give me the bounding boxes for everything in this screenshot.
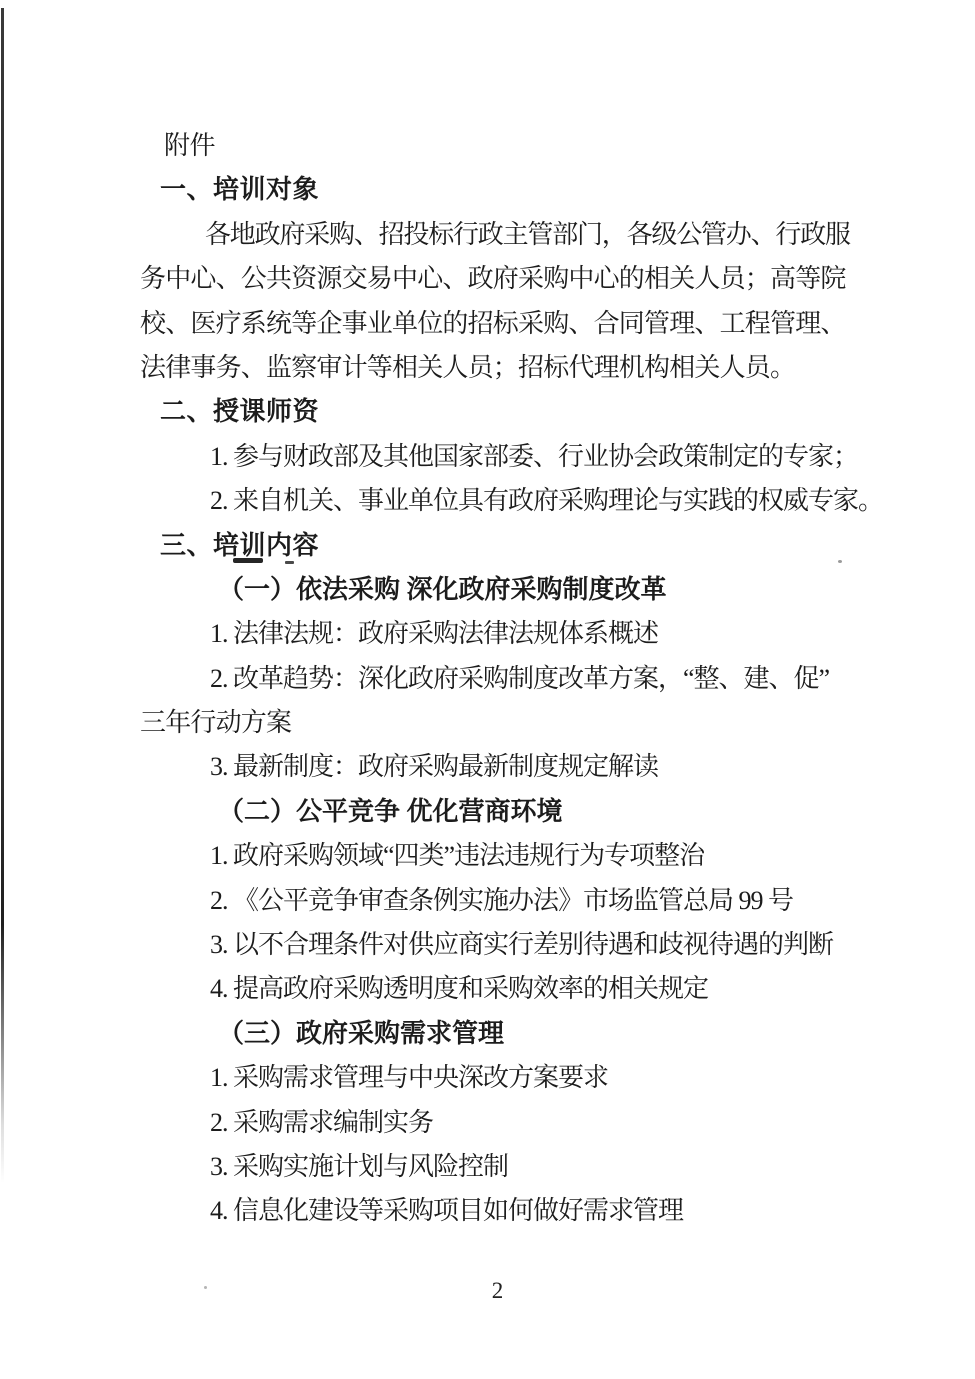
text-line: 2. 《公平竞争审查条例实施办法》市场监管总局 99 号 bbox=[210, 879, 975, 923]
text-line: 2. 采购需求编制实务 bbox=[210, 1101, 975, 1145]
text-line: 2. 改革趋势：深化政府采购制度改革方案，“整、建、促” bbox=[210, 657, 975, 701]
text-line: 1. 采购需求管理与中央深改方案要求 bbox=[210, 1056, 975, 1100]
text-line: 务中心、公共资源交易中心、政府采购中心的相关人员；高等院 bbox=[140, 257, 975, 301]
text-line: （二）公平竞争 优化营商环境 bbox=[218, 790, 975, 834]
text-line: 1. 政府采购领域“四类”违法违规行为专项整治 bbox=[210, 834, 975, 878]
text-line: 校、医疗系统等企事业单位的招标采购、合同管理、工程管理、 bbox=[140, 302, 975, 346]
scanned-document-page: 附件一、培训对象各地政府采购、招投标行政主管部门，各级公管办、行政服务中心、公共… bbox=[0, 0, 975, 1379]
text-line: （一）依法采购 深化政府采购制度改革 bbox=[218, 568, 975, 612]
text-line: 各地政府采购、招投标行政主管部门，各级公管办、行政服 bbox=[205, 213, 975, 257]
page-number: 2 bbox=[10, 1277, 975, 1305]
text-line: 3. 最新制度：政府采购最新制度规定解读 bbox=[210, 745, 975, 789]
text-line: 4. 提高政府采购透明度和采购效率的相关规定 bbox=[210, 967, 975, 1011]
ink-smudge-dash bbox=[233, 558, 263, 563]
text-line: 附件 bbox=[164, 124, 975, 168]
text-line: 2. 来自机关、事业单位具有政府采购理论与实践的权威专家。 bbox=[210, 479, 975, 523]
text-line: （三）政府采购需求管理 bbox=[218, 1012, 975, 1056]
text-line: 4. 信息化建设等采购项目如何做好需求管理 bbox=[210, 1189, 975, 1233]
text-line: 三、培训内容 bbox=[160, 524, 975, 568]
scan-speck bbox=[838, 560, 842, 563]
text-line: 一、培训对象 bbox=[160, 168, 975, 212]
text-line: 1. 法律法规：政府采购法律法规体系概述 bbox=[210, 612, 975, 656]
ink-smudge-dot bbox=[285, 561, 294, 564]
text-line: 二、授课师资 bbox=[160, 390, 975, 434]
text-line: 三年行动方案 bbox=[140, 701, 975, 745]
text-line: 1. 参与财政部及其他国家部委、行业协会政策制定的专家； bbox=[210, 435, 975, 479]
text-line: 3. 采购实施计划与风险控制 bbox=[210, 1145, 975, 1189]
text-line: 3. 以不合理条件对供应商实行差别待遇和歧视待遇的判断 bbox=[210, 923, 975, 967]
text-line: 法律事务、监察审计等相关人员；招标代理机构相关人员。 bbox=[140, 346, 975, 390]
document-body: 附件一、培训对象各地政府采购、招投标行政主管部门，各级公管办、行政服务中心、公共… bbox=[0, 124, 975, 1234]
